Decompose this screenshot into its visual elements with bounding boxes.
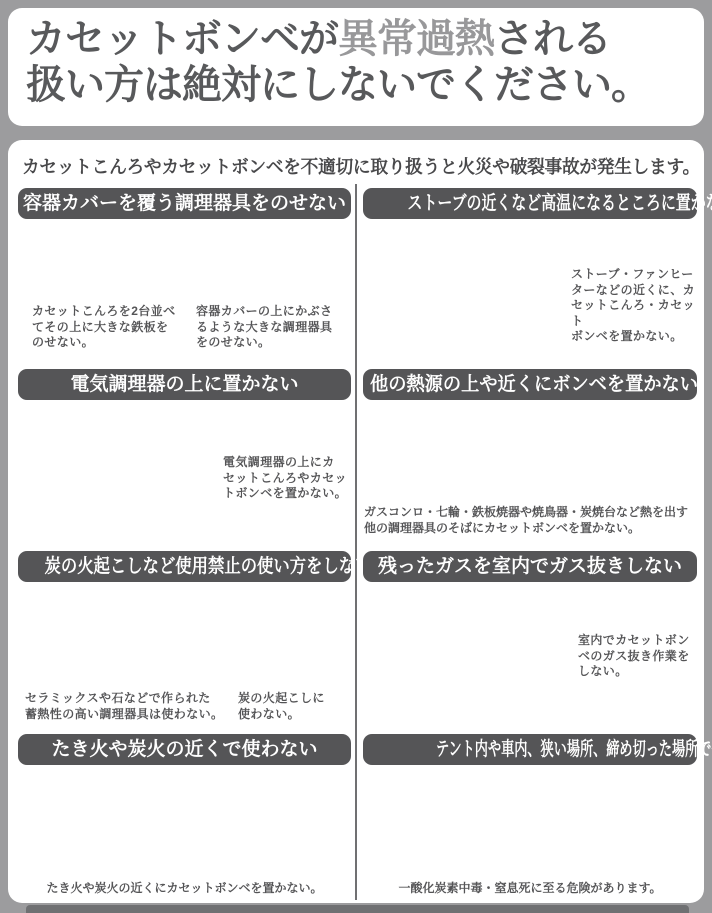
intro-mid: や [492, 153, 509, 179]
section-title: 他の熱源の上や近くにボンベを置かない [370, 369, 698, 400]
section-bar-no-covering-cookware: 容器カバーを覆う調理器具をのせない [18, 188, 351, 219]
fire-highlight: 火災 [457, 153, 492, 179]
section-title: 炭の火起こしなど使用禁止の使い方をしない [45, 551, 372, 582]
caption-bonfire-charcoal: たき火や炭火の近くにカセットボンベを置かない。 [18, 881, 351, 897]
headline-line1-prefix: カセットボンベが [26, 17, 338, 61]
caption-ceramic-stone-cookware: セラミックスや石などで作られた 蓄熱性の高い調理器具は使わない。 [25, 691, 223, 722]
section-bar-no-near-stove: ストーブの近くなど高温になるところに置かない [363, 188, 697, 219]
bottom-cutoff-bar [26, 905, 689, 913]
section-title: たき火や炭火の近くで使わない [51, 734, 317, 765]
section-title: 電気調理器の上に置かない [70, 369, 298, 400]
caption-large-cookware-over-cover: 容器カバーの上にかぶさ るような大きな調理器具 をのせない。 [196, 304, 332, 351]
section-title: 残ったガスを室内でガス抜きしない [378, 551, 682, 582]
warning-headline: カセットボンベが異常過熱される 扱い方は絶対にしないでください。 [26, 16, 686, 108]
intro-prefix: カセットこんろやカセットボンベを不適切に取り扱うと [22, 153, 457, 179]
column-divider [355, 184, 357, 900]
headline-overheat-highlight: 異常過熱 [338, 17, 494, 61]
section-bar-no-electric-cooker: 電気調理器の上に置かない [18, 369, 351, 400]
caption-electric-cooker: 電気調理器の上にカ セットこんろやカセッ トボンベを置かない。 [223, 455, 347, 502]
headline-line1-suffix: される [494, 17, 611, 61]
caption-two-stoves-plate: カセットこんろを2台並べ てその上に大きな鉄板を のせない。 [32, 304, 175, 351]
intro-suffix: が発生します。 [579, 153, 700, 179]
caption-indoor-gas-release: 室内でカセットボン ベのガス抜き作業を しない。 [578, 633, 690, 680]
safety-notice-page: カセットボンベが異常過熱される 扱い方は絶対にしないでください。 カセットこんろ… [0, 0, 712, 913]
section-bar-no-other-heat-source: 他の熱源の上や近くにボンベを置かない [363, 369, 697, 400]
intro-text: カセットこんろやカセットボンベを不適切に取り扱うと火災や破裂事故が発生します。 [22, 153, 700, 179]
caption-stove-fan-heater: ストーブ・ファンヒー ターなどの近くに、カ セットこんろ・カセット ボンベを置か… [571, 267, 704, 345]
section-title: テント内や車内、狭い場所、締め切った場所で使わない [436, 734, 712, 765]
intro-sentence: カセットこんろやカセットボンベを不適切に取り扱うと火災や破裂事故が発生します。 [22, 153, 706, 177]
caption-charcoal-lighting: 炭の火起こしに 使わない。 [238, 691, 325, 722]
section-bar-no-forbidden-use: 炭の火起こしなど使用禁止の使い方をしない [18, 551, 351, 582]
headline-line2: 扱い方は絶対にしないでください。 [26, 63, 650, 107]
burst-highlight: 破裂事故 [510, 153, 580, 179]
caption-other-cooking-heat: ガスコンロ・七輪・鉄板焼器や焼鳥器・炭焼台など熱を出す 他の調理器具のそばにカセ… [364, 505, 688, 536]
content-panel: カセットこんろやカセットボンベを不適切に取り扱うと火災や破裂事故が発生します。 … [8, 140, 704, 903]
section-bar-no-indoor-gas-release: 残ったガスを室内でガス抜きしない [363, 551, 697, 582]
section-bar-no-open-fire: たき火や炭火の近くで使わない [18, 734, 351, 765]
section-bar-no-enclosed-space: テント内や車内、狭い場所、締め切った場所で使わない [363, 734, 697, 765]
section-title: ストーブの近くなど高温になるところに置かない [408, 188, 712, 219]
warning-header-panel: カセットボンベが異常過熱される 扱い方は絶対にしないでください。 [8, 8, 704, 126]
caption-co-poisoning: 一酸化炭素中毒・窒息死に至る危険があります。 [363, 881, 697, 897]
section-title: 容器カバーを覆う調理器具をのせない [23, 188, 346, 219]
